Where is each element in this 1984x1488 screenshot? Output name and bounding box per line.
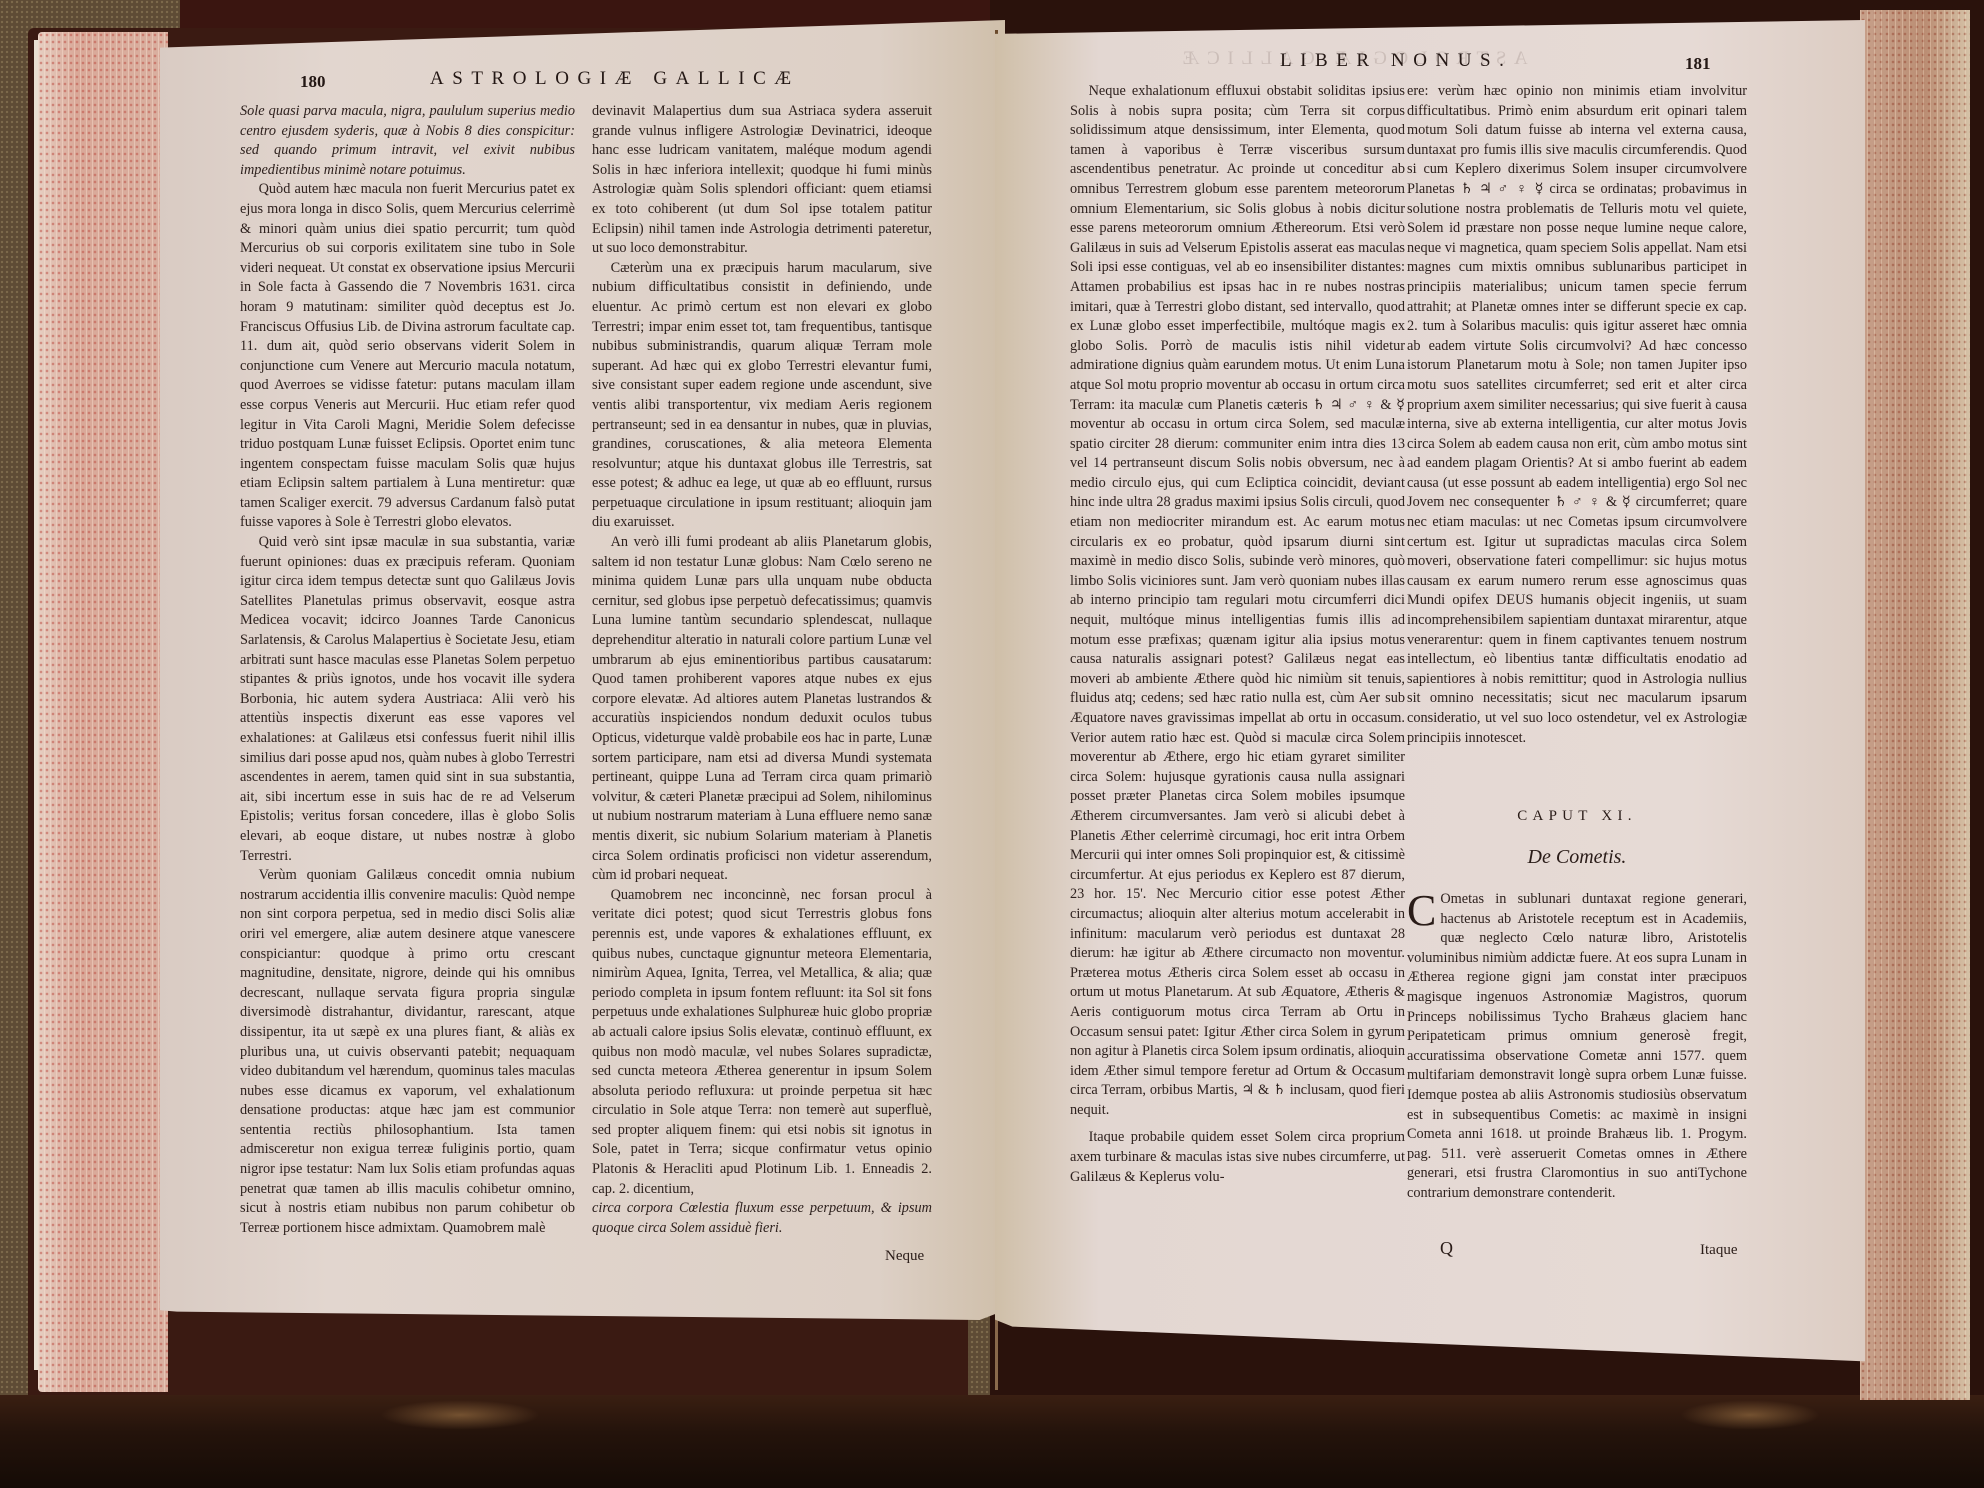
paragraph: Neque exhalationum effluxui obstabit sol… bbox=[1070, 82, 1405, 1120]
red-speckled-page-edges-right bbox=[1860, 10, 1970, 1400]
text-column-1: Neque exhalationum effluxui obstabit sol… bbox=[1070, 82, 1405, 1237]
paragraph: devinavit Malapertius dum sua Astriaca s… bbox=[592, 102, 932, 259]
right-page: ASTROLOGIÆ GALLICÆ LIBER NONUS. 181 Nequ… bbox=[995, 20, 1865, 1410]
catchword: Neque bbox=[885, 1248, 924, 1265]
paragraph: An verò illi fumi prodeant ab aliis Plan… bbox=[592, 533, 932, 886]
page-number: 181 bbox=[1685, 54, 1711, 74]
page-number: 180 bbox=[300, 72, 326, 92]
text-column-2: ere: verùm hæc opinio non minimis etiam … bbox=[1407, 82, 1747, 810]
signature-mark: Q bbox=[1440, 1238, 1453, 1259]
chapter-heading: CAPUT XI. bbox=[1407, 808, 1747, 825]
paragraph: Ometas in sublunari duntaxat regione gen… bbox=[1407, 891, 1747, 1201]
chapter-title: De Cometis. bbox=[1407, 846, 1747, 869]
running-head: ASTROLOGIÆ GALLICÆ bbox=[430, 68, 800, 90]
text-column-2: devinavit Malapertius dum sua Astriaca s… bbox=[592, 102, 932, 1242]
paragraph: Verùm quoniam Galilæus concedit omnia nu… bbox=[240, 866, 575, 1238]
paragraph: ere: verùm hæc opinio non minimis etiam … bbox=[1407, 82, 1747, 748]
red-speckled-page-edges-left bbox=[38, 32, 168, 1392]
text-column-1: Sole quasi parva macula, nigra, paululum… bbox=[240, 102, 575, 1252]
desk-reflection bbox=[1680, 1400, 1820, 1430]
catchword: Itaque bbox=[1700, 1242, 1737, 1259]
italic-quotation: circa corpora Cœlestia fluxum esse perpe… bbox=[592, 1199, 932, 1238]
running-head: LIBER NONUS. bbox=[1280, 50, 1512, 72]
left-page: 180 ASTROLOGIÆ GALLICÆ Sole quasi parva … bbox=[160, 20, 1005, 1400]
drop-cap: C bbox=[1407, 892, 1436, 930]
paragraph: Quid verò sint ipsæ maculæ in sua substa… bbox=[240, 533, 575, 866]
paragraph: Cæterùm una ex præcipuis harum macularum… bbox=[592, 259, 932, 533]
paragraph: Quòd autem hæc macula non fuerit Mercuri… bbox=[240, 180, 575, 533]
paragraph: Quamobrem nec inconcinnè, nec forsan pro… bbox=[592, 886, 932, 1200]
italic-quotation: Sole quasi parva macula, nigra, paululum… bbox=[240, 102, 575, 180]
paragraph: Itaque probabile quidem esset Solem circ… bbox=[1070, 1128, 1405, 1187]
desk-reflection bbox=[380, 1400, 540, 1430]
chapter-text: C Ometas in sublunari duntaxat regione g… bbox=[1407, 890, 1747, 1230]
